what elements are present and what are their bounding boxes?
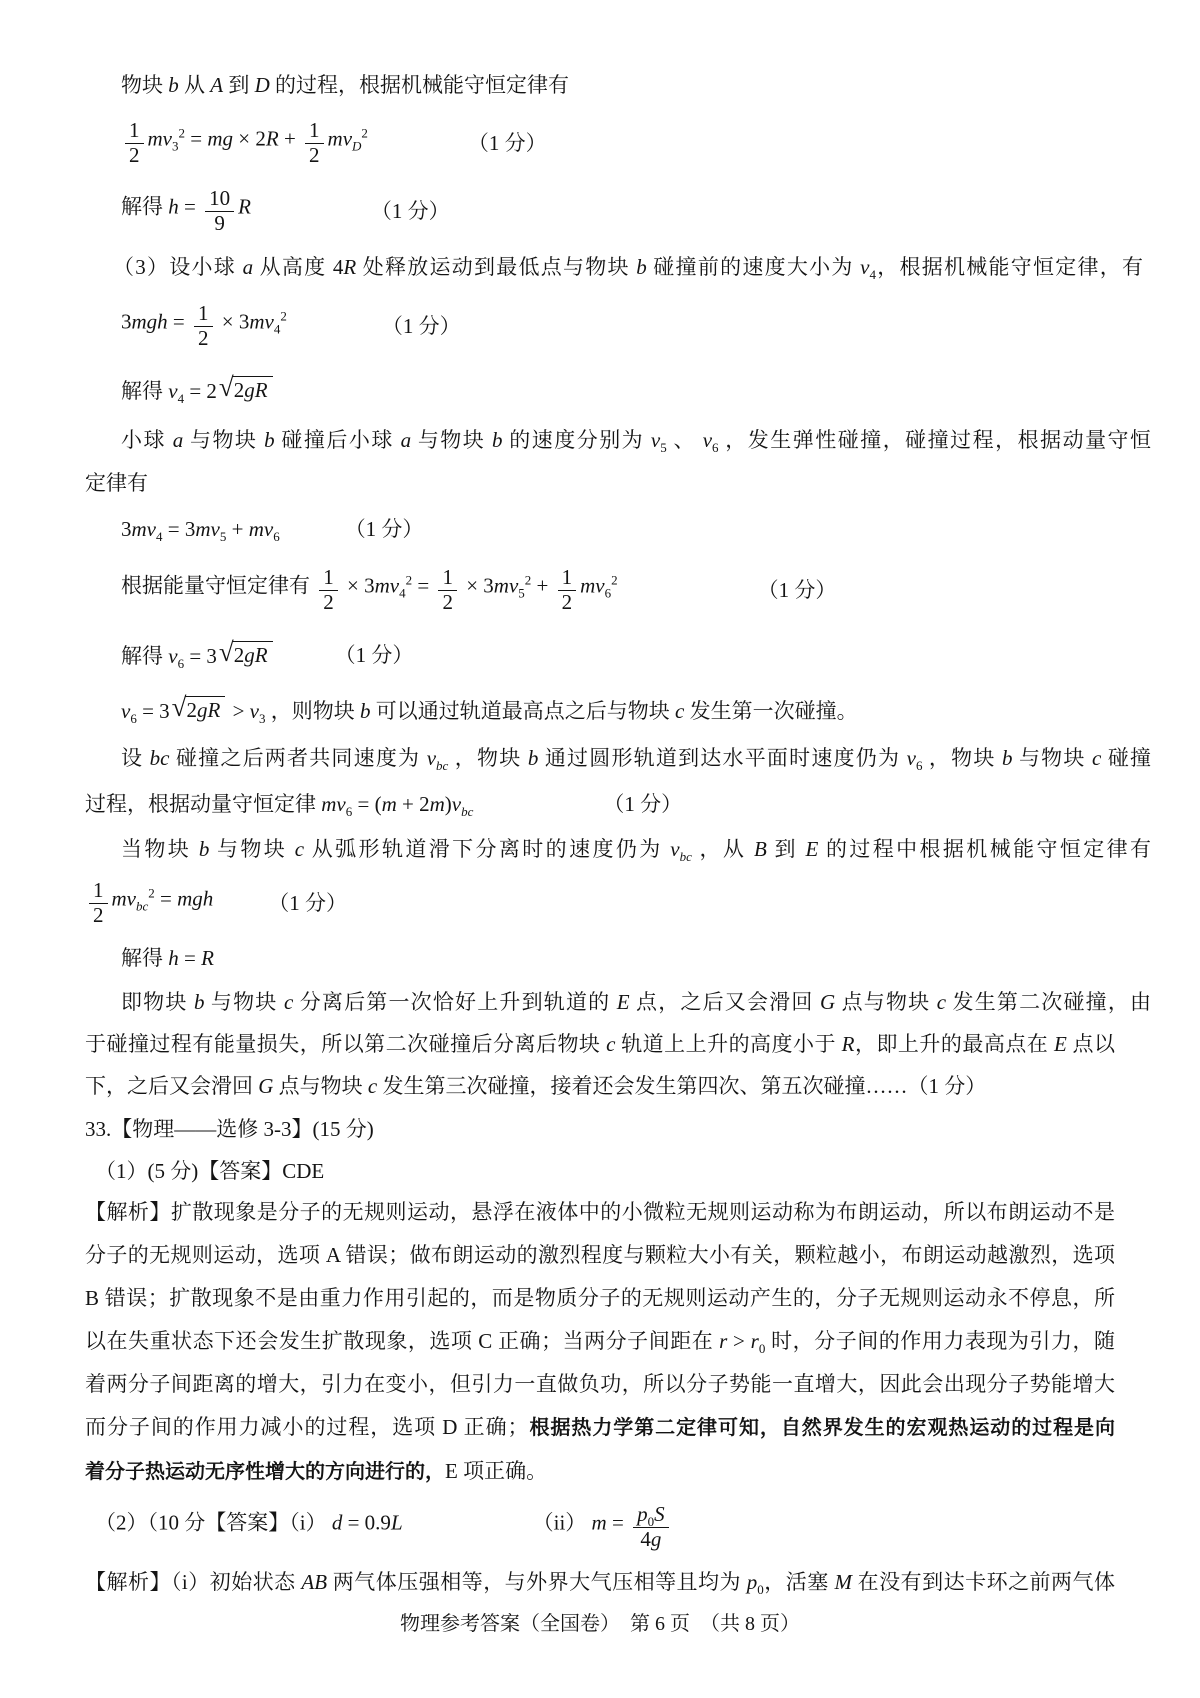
text-line: 当物块 b 与物块 c 从弧形轨道滑下分离时的速度仍为 vbc ，从 B 到 E… <box>85 827 1151 871</box>
text-line: B 错误；扩散现象不是由重力作用引起的，而是物质分子的无规则运动产生的，分子无规… <box>85 1277 1115 1320</box>
formula-line: 解得 v4 = 2√2gR <box>85 362 1151 418</box>
text-line: 设 bc 碰撞之后两者共同速度为 vbc ，物块 b 通过圆形轨道到达水平面时速… <box>85 736 1151 781</box>
formula-line: 解得 h = 109R（1 分） <box>85 178 1151 244</box>
text-line: 即物块 b 与物块 c 分离后第一次恰好上升到轨道的 E 点，之后又会滑回 G … <box>85 981 1151 1023</box>
formula-line: 根据能量守恒定律有 12 × 3mv42 = 12 × 3mv52 + 12mv… <box>85 554 1151 626</box>
text-line: 【解析】（i）初始状态 AB 两气体压强相等，与外界大气压相等且均为 p0，活塞… <box>85 1560 1115 1605</box>
score-label: （1 分） <box>603 791 682 817</box>
formula-line: 解得 v6 = 3√2gR（1 分） <box>85 626 1151 684</box>
text-line: 着两分子间距离的增大，引力在变小，但引力一直做负功，所以分子势能一直增大，因此会… <box>85 1363 1115 1406</box>
formula-line: （2）（10 分【答案】（i） d = 0.9L（ii） m = p0S4g <box>85 1494 1125 1560</box>
formula-line: 12mv32 = mg × 2R + 12mvD2（1 分） <box>85 108 1151 178</box>
footer-text: 物理参考答案（全国卷） 第 6 页 （共 8 页） <box>400 1613 800 1635</box>
text-line: （1）(5 分)【答案】CDE <box>85 1151 1125 1191</box>
text-line: 定律有 <box>85 462 1115 504</box>
formula-line: 3mgh = 12 × 3mv42（1 分） <box>85 290 1151 362</box>
text-line: 分子的无规则运动，选项 A 错误；做布朗运动的激烈程度与颗粒大小有关，颗粒越小，… <box>85 1234 1115 1277</box>
text-line: 小球 a 与物块 b 碰撞后小球 a 与物块 b 的速度分别为 v5 、 v6 … <box>85 418 1151 462</box>
score-label: （1 分） <box>468 130 547 156</box>
page-footer: 物理参考答案（全国卷） 第 6 页 （共 8 页） <box>85 1607 1115 1636</box>
formula-line: 解得 h = R <box>85 935 1151 981</box>
text-line: 【解析】扩散现象是分子的无规则运动，悬浮在液体中的小微粒无规则运动称为布朗运动，… <box>85 1191 1115 1234</box>
text-line: 着分子热运动无序性增大的方向进行的，E 项正确。 <box>85 1450 1115 1494</box>
text-line: 33.【物理——选修 3-3】(15 分) <box>85 1107 1115 1151</box>
text-line: 而分子间的作用力减小的过程，选项 D 正确；根据热力学第二定律可知，自然界发生的… <box>85 1406 1115 1450</box>
text-line: 于碰撞过程有能量损失，所以第二次碰撞后分离后物块 c 轨道上上升的高度小于 R，… <box>85 1023 1115 1065</box>
formula-line: v6 = 3√2gR > v3 ，则物块 b 可以通过轨道最高点之后与物块 c … <box>85 684 1151 736</box>
text-line: 下，之后又会滑回 G 点与物块 c 发生第三次碰撞，接着还会发生第四次、第五次碰… <box>85 1065 1115 1107</box>
document-page: 物块 b 从 A 到 D 的过程，根据机械能守恒定律有12mv32 = mg ×… <box>0 0 1200 1698</box>
document-body: 物块 b 从 A 到 D 的过程，根据机械能守恒定律有12mv32 = mg ×… <box>85 62 1115 1605</box>
score-label: （1 分） <box>345 516 424 542</box>
formula-line: 过程，根据动量守恒定律 mv6 = (m + 2m)vbc（1 分） <box>85 781 1115 827</box>
score-label: （1 分） <box>382 313 461 339</box>
text-line: 物块 b 从 A 到 D 的过程，根据机械能守恒定律有 <box>85 62 1151 108</box>
formula-line: 12mvbc2 = mgh（1 分） <box>85 871 1115 935</box>
text-line: 以在失重状态下还会发生扩散现象，选项 C 正确；当两分子间距在 r > r0 时… <box>85 1320 1115 1363</box>
text-line: （3）设小球 a 从高度 4R 处释放运动到最低点与物块 b 碰撞前的速度大小为… <box>85 244 1143 290</box>
score-label: （1 分） <box>758 577 837 603</box>
score-label: （1 分） <box>371 198 450 224</box>
score-label: （1 分） <box>335 642 414 668</box>
score-label: （1 分） <box>268 890 347 916</box>
formula-line: 3mv4 = 3mv5 + mv6（1 分） <box>85 504 1151 554</box>
